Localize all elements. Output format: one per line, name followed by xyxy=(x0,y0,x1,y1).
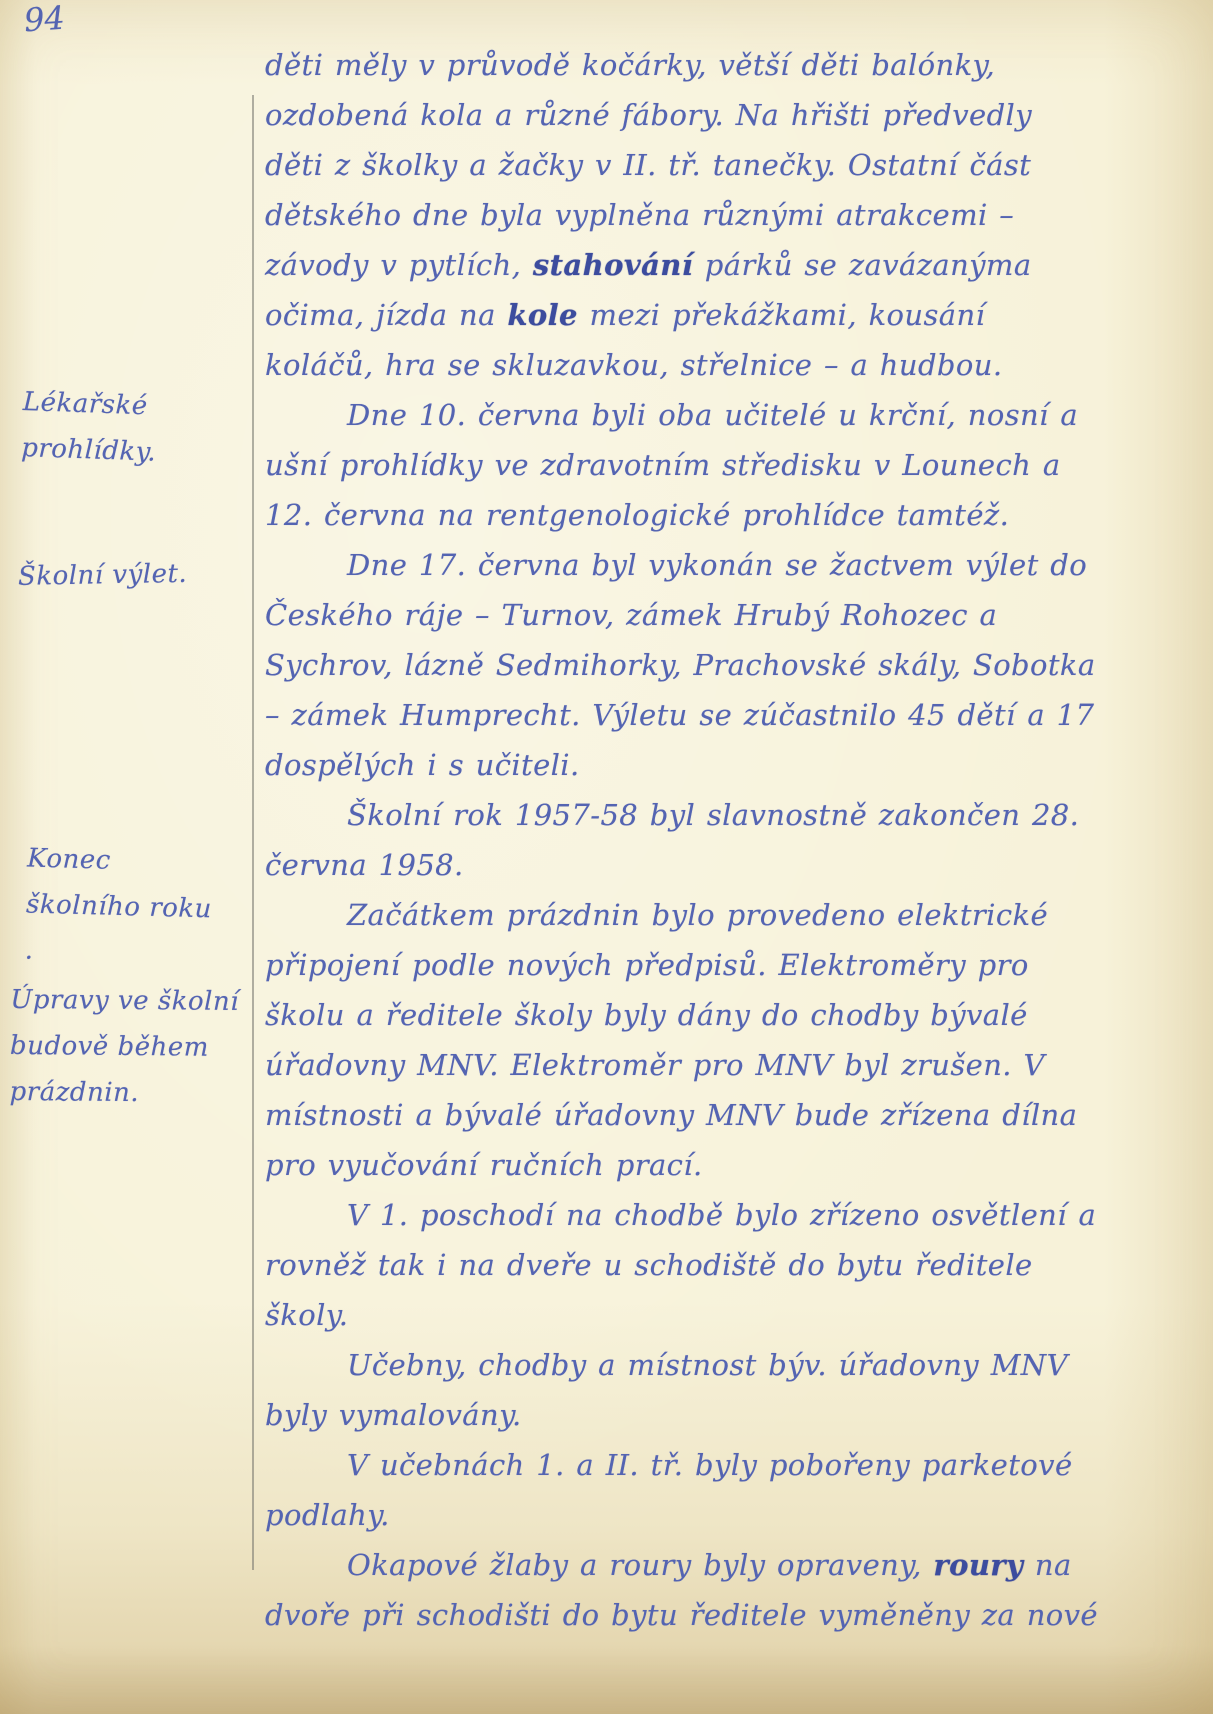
overwritten-word: kole xyxy=(507,298,578,332)
overwritten-word: stahování xyxy=(533,248,693,282)
overwritten-word: roury xyxy=(933,1548,1023,1582)
margin-note-end-of-school-year: Konec školního roku . xyxy=(24,836,218,979)
body-paragraph: Okapové žlaby a roury byly opraveny, rou… xyxy=(265,1540,1098,1640)
paragraph-text: V 1. poschodí na chodbě bylo zřízeno osv… xyxy=(265,1198,1096,1332)
paragraph-text: Školní rok 1957-58 byl slavnostně zakonč… xyxy=(265,798,1079,882)
paragraph-text: Dne 10. června byli oba učitelé u krční,… xyxy=(265,398,1078,532)
margin-note-medical-checkups: Lékařské prohlídky. xyxy=(20,379,253,479)
paragraph-text: Učebny, chodby a místnost býv. úřadovny … xyxy=(265,1348,1068,1432)
paragraph-text: Začátkem prázdnin bylo provedeno elektri… xyxy=(265,898,1077,1182)
paragraph-text: Dne 17. června byl vykonán se žactvem vý… xyxy=(265,548,1096,782)
margin-note-building-repairs: Úpravy ve školní budově během prázdnin. xyxy=(9,977,255,1117)
chronicle-page: 94 Lékařské prohlídky. Školní výlet. Kon… xyxy=(0,0,1213,1714)
body-paragraph: Dne 10. června byli oba učitelé u krční,… xyxy=(265,390,1098,540)
body-text-column: děti měly v průvodě kočárky, větší děti … xyxy=(265,40,1098,1640)
body-paragraph: Učebny, chodby a místnost býv. úřadovny … xyxy=(265,1340,1098,1440)
paragraph-text: V učebnách 1. a II. tř. byly pobořeny pa… xyxy=(265,1448,1073,1532)
body-paragraph: Začátkem prázdnin bylo provedeno elektri… xyxy=(265,890,1098,1190)
margin-rule xyxy=(252,95,254,1570)
paragraph-text: děti měly v průvodě kočárky, větší děti … xyxy=(265,48,1032,282)
body-paragraph: děti měly v průvodě kočárky, větší děti … xyxy=(265,40,1098,390)
body-paragraph: V 1. poschodí na chodbě bylo zřízeno osv… xyxy=(265,1190,1098,1340)
body-paragraph: Školní rok 1957-58 byl slavnostně zakonč… xyxy=(265,790,1098,890)
paragraph-text: Okapové žlaby a roury byly opraveny, xyxy=(347,1548,933,1582)
body-paragraph: V učebnách 1. a II. tř. byly pobořeny pa… xyxy=(265,1440,1098,1540)
body-paragraph: Dne 17. června byl vykonán se žactvem vý… xyxy=(265,540,1098,790)
margin-note-school-trip: Školní výlet. xyxy=(18,550,229,600)
margin-column: Lékařské prohlídky. Školní výlet. Konec … xyxy=(0,0,252,1714)
